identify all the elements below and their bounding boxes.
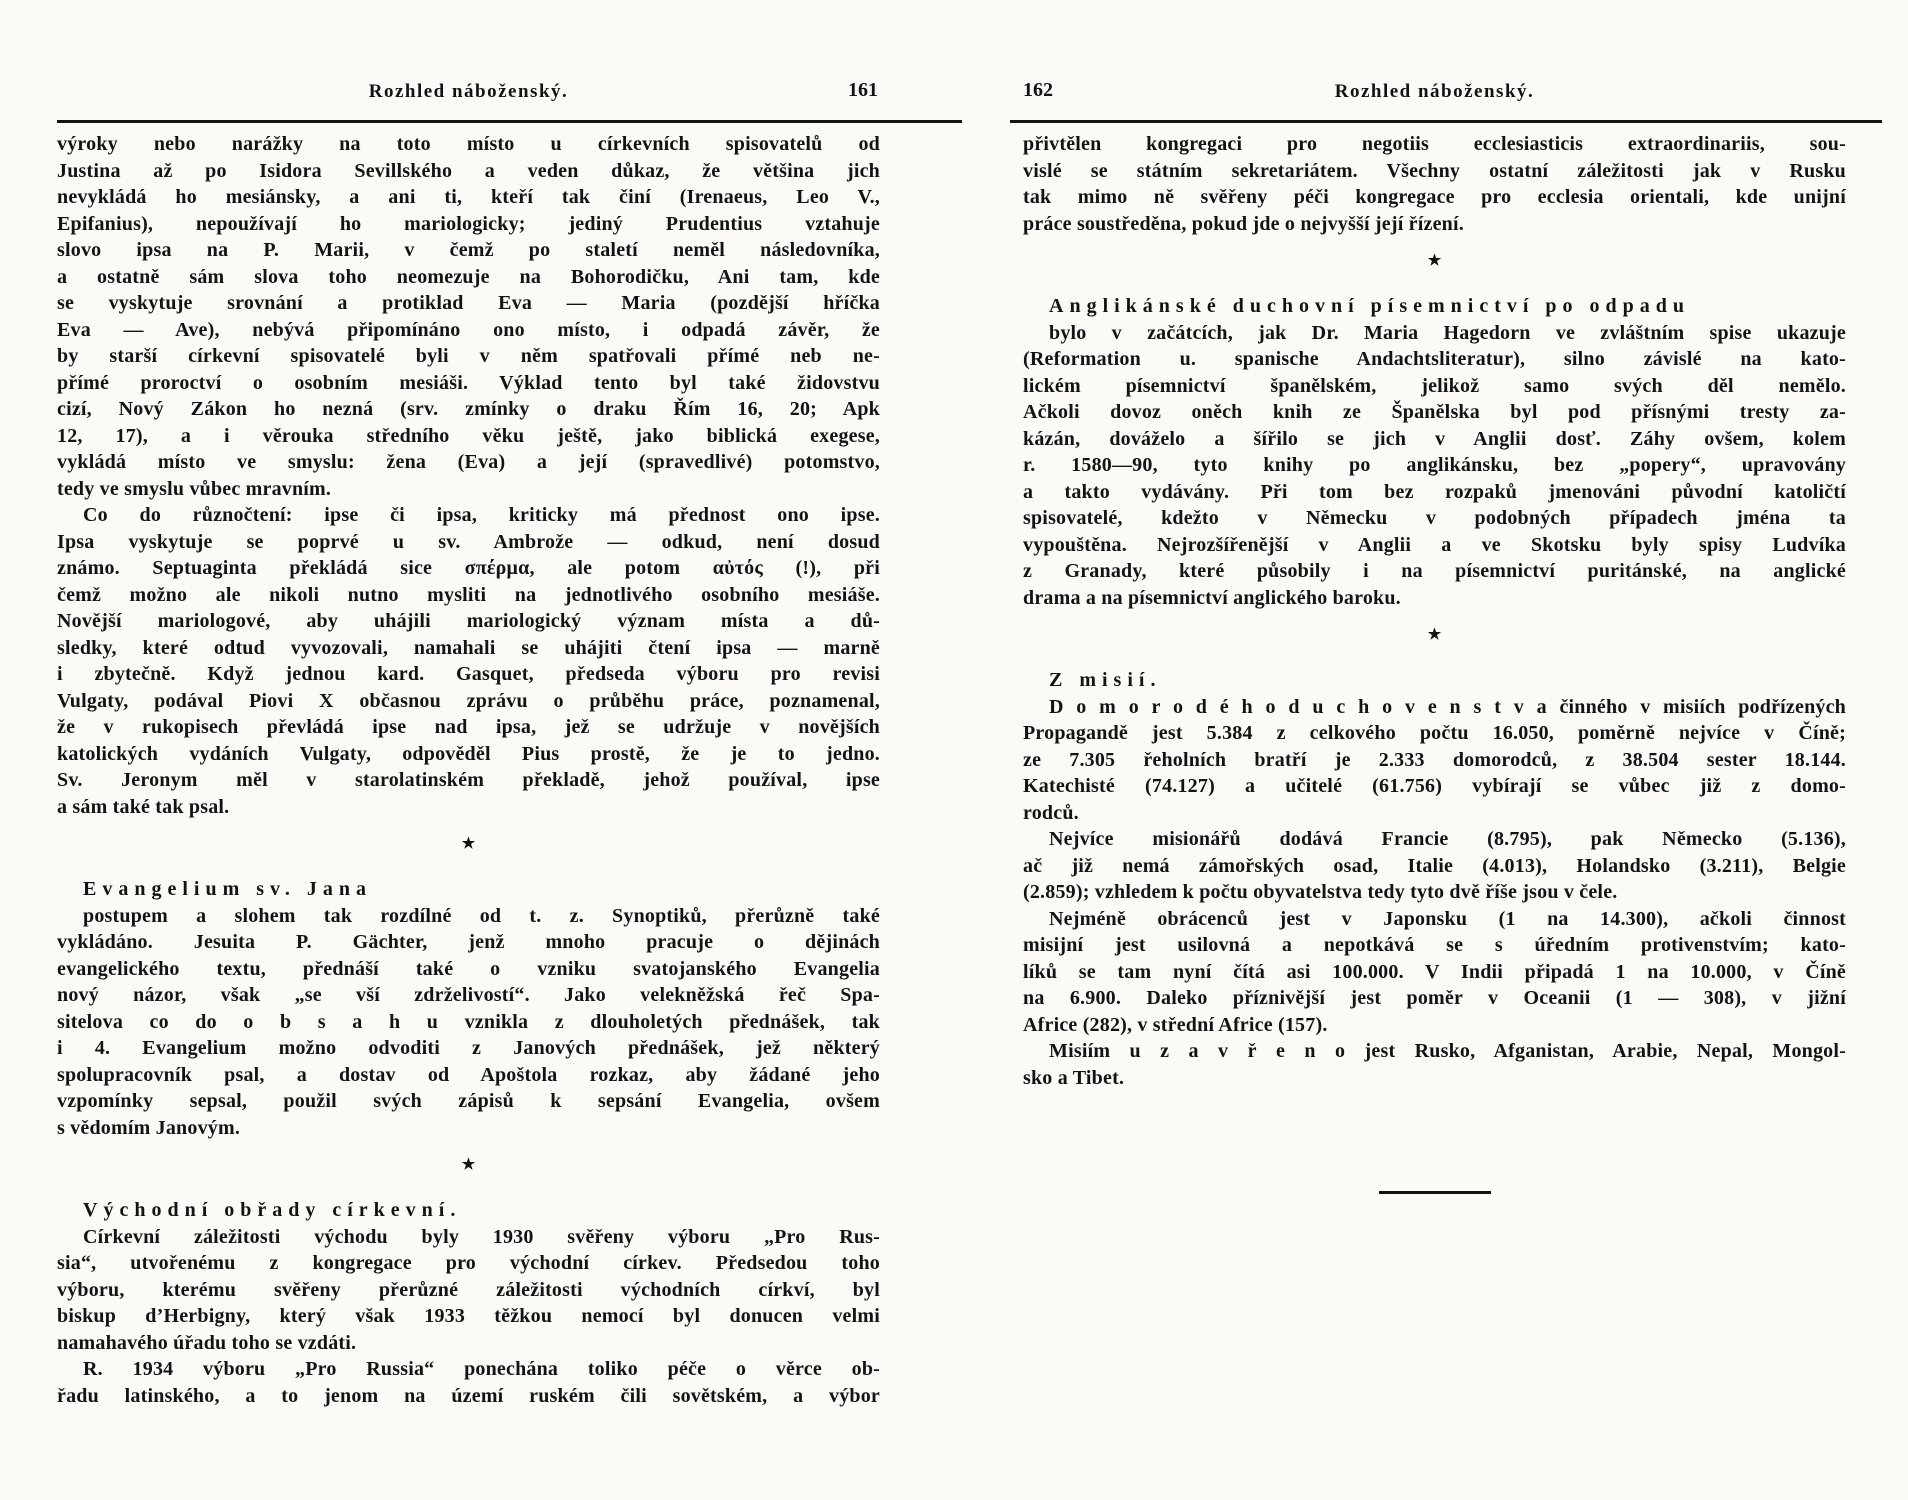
text-line: známo. Septuaginta překládá sice σπέρμα,… xyxy=(57,555,880,582)
text-line: by starší církevní spisovatelé byli v ně… xyxy=(57,343,880,370)
page-header: Rozhled náboženský. 162 xyxy=(1023,75,1846,131)
paragraph: postupem a slohem tak rozdílné od t. z. … xyxy=(57,903,880,1142)
text-line: Propagandě jest 5.384 z celkového počtu … xyxy=(1023,720,1846,747)
star-separator-icon: ★ xyxy=(1023,626,1846,644)
text-line: Justina až po Isidora Sevillského a vede… xyxy=(57,158,880,185)
text-line: Eva — Ave), nebývá připomínáno ono místo… xyxy=(57,317,880,344)
text-line: nevykládá ho mesiánsky, a ani ti, kteří … xyxy=(57,184,880,211)
text-line: a ostatně sám slova toho neomezuje na Bo… xyxy=(57,264,880,291)
text-line: tak mimo ně svěřeny péči kongregace pro … xyxy=(1023,184,1846,211)
text-line: i zbytečně. Když jednou kard. Gasquet, p… xyxy=(57,661,880,688)
star-separator-icon: ★ xyxy=(1023,252,1846,270)
text-line: rodců. xyxy=(1023,800,1846,827)
paragraph: Nejvíce misionářů dodává Francie (8.795)… xyxy=(1023,826,1846,906)
text-line: vykládáno. Jesuita P. Gächter, jenž mnoh… xyxy=(57,929,880,956)
text-line: Co do různočtení: ipse či ipsa, kriticky… xyxy=(57,502,880,529)
paragraph: Misiím u z a v ř e n o jest Rusko, Afgan… xyxy=(1023,1038,1846,1091)
paragraph: bylo v začátcích, jak Dr. Maria Hagedorn… xyxy=(1023,320,1846,612)
paragraph: Nejméně obrácenců jest v Japonsku (1 na … xyxy=(1023,906,1846,1039)
running-title: Rozhled náboženský. xyxy=(57,81,880,103)
text-line: sko a Tibet. xyxy=(1023,1065,1846,1092)
text-line: Katechisté (74.127) a učitelé (61.756) v… xyxy=(1023,773,1846,800)
text-line: a sám také tak psal. xyxy=(57,794,880,821)
text-line: Epifanius), nepoužívají ho mariologicky;… xyxy=(57,211,880,238)
page-161: Rozhled náboženský. 161 výroky nebo nará… xyxy=(57,75,880,1409)
text-line: cizí, Nový Zákon ho nezná (srv. zmínky o… xyxy=(57,396,880,423)
text-line: přivtělen kongregaci pro negotiis eccles… xyxy=(1023,131,1846,158)
text-line: Církevní záležitosti východu byly 1930 s… xyxy=(57,1224,880,1251)
text-line: na 6.900. Daleko příznivější jest poměr … xyxy=(1023,985,1846,1012)
text-line: vykládá místo ve smyslu: žena (Eva) a je… xyxy=(57,449,880,476)
text-line: biskup d’Herbigny, který však 1933 těžko… xyxy=(57,1303,880,1330)
text-line: s vědomím Janovým. xyxy=(57,1115,880,1142)
text-line: Africe (282), v střední Africe (157). xyxy=(1023,1012,1846,1039)
text-line: Misiím u z a v ř e n o jest Rusko, Afgan… xyxy=(1023,1038,1846,1065)
text-line: (Reformation u. spanische Andachtslitera… xyxy=(1023,346,1846,373)
text-line: (2.859); vzhledem k počtu obyvatelstva t… xyxy=(1023,879,1846,906)
section-heading: Evangelium sv. Jana xyxy=(57,876,880,903)
page-body: výroky nebo narážky na toto místo u círk… xyxy=(57,131,880,1409)
text-line: Nejvíce misionářů dodává Francie (8.795)… xyxy=(1023,826,1846,853)
text-line: spisovatelé, kdežto v Německu v podobnýc… xyxy=(1023,505,1846,532)
section-heading: Anglikánské duchovní písemnictví po odpa… xyxy=(1023,293,1846,320)
text-line: postupem a slohem tak rozdílné od t. z. … xyxy=(57,903,880,930)
paragraph: R. 1934 výboru „Pro Russia“ ponechána to… xyxy=(57,1356,880,1409)
text-line: i 4. Evangelium možno odvoditi z Janovýc… xyxy=(57,1035,880,1062)
text-line: že v rukopisech převládá ipse nad ipsa, … xyxy=(57,714,880,741)
text-line: se vyskytuje srovnání a protiklad Eva — … xyxy=(57,290,880,317)
scanned-book-spread: { "colors": { "paper": "#fbfaf6", "ink":… xyxy=(0,0,1908,1500)
text-line: vzpomínky sepsal, použil svých zápisů k … xyxy=(57,1088,880,1115)
star-separator-icon: ★ xyxy=(57,1156,880,1174)
paragraph: Co do různočtení: ipse či ipsa, kriticky… xyxy=(57,502,880,820)
text-line: výroky nebo narážky na toto místo u círk… xyxy=(57,131,880,158)
text-line: ze 7.305 řeholních bratří je 2.333 domor… xyxy=(1023,747,1846,774)
page-162: Rozhled náboženský. 162 přivtělen kongre… xyxy=(1023,75,1846,1194)
text-line: namahavého úřadu toho se vzdáti. xyxy=(57,1330,880,1357)
page-header: Rozhled náboženský. 161 xyxy=(57,75,880,131)
text-line: r. 1580—90, tyto knihy po anglikánsku, b… xyxy=(1023,452,1846,479)
text-line: Sv. Jeronym měl v starolatinském překlad… xyxy=(57,767,880,794)
text-line: spolupracovník psal, a dostav od Apoštol… xyxy=(57,1062,880,1089)
header-rule xyxy=(57,120,962,123)
running-title: Rozhled náboženský. xyxy=(1023,81,1846,103)
text-line: Ipsa vyskytuje se poprvé u sv. Ambrože —… xyxy=(57,529,880,556)
text-line: nový názor, však „se vší zdrželivostí“. … xyxy=(57,982,880,1009)
paragraph: přivtělen kongregaci pro negotiis eccles… xyxy=(1023,131,1846,237)
text-line: práce soustředěna, pokud jde o nejvyšší … xyxy=(1023,211,1846,238)
text-line: sitelova co do o b s a h u vznikla z dlo… xyxy=(57,1009,880,1036)
text-line: 12, 17), a i věrouka středního věku ješt… xyxy=(57,423,880,450)
text-line: drama a na písemnictví anglického baroku… xyxy=(1023,585,1846,612)
text-line: D o m o r o d é h o d u c h o v e n s t … xyxy=(1023,694,1846,721)
text-line: ač již nemá zámořských osad, Italie (4.0… xyxy=(1023,853,1846,880)
page-number: 161 xyxy=(848,79,878,102)
text-line: řadu latinského, a to jenom na území rus… xyxy=(57,1383,880,1410)
paragraph: výroky nebo narážky na toto místo u círk… xyxy=(57,131,880,502)
star-separator-icon: ★ xyxy=(57,835,880,853)
text-line: sledky, které odtud vyvozovali, namahali… xyxy=(57,635,880,662)
text-line: katolických vydáních Vulgaty, odpověděl … xyxy=(57,741,880,768)
text-line: bylo v začátcích, jak Dr. Maria Hagedorn… xyxy=(1023,320,1846,347)
text-line: vypouštěna. Nejrozšířenější v Anglii a v… xyxy=(1023,532,1846,559)
section-heading: Z misií. xyxy=(1023,667,1846,694)
text-line: z Granady, které působily i na písemnict… xyxy=(1023,558,1846,585)
page-body: přivtělen kongregaci pro negotiis eccles… xyxy=(1023,131,1846,1194)
text-line: kázán, dováželo a šířilo se jich v Angli… xyxy=(1023,426,1846,453)
text-line: Vulgaty, podával Piovi X občasnou zprávu… xyxy=(57,688,880,715)
text-line: lickém písemnictví španělském, jelikož s… xyxy=(1023,373,1846,400)
text-line: misijní jest usilovná a nepotkává se s ú… xyxy=(1023,932,1846,959)
text-line: Novější mariologové, aby uhájili mariolo… xyxy=(57,608,880,635)
paragraph: Církevní záležitosti východu byly 1930 s… xyxy=(57,1224,880,1357)
text-line: Nejméně obrácenců jest v Japonsku (1 na … xyxy=(1023,906,1846,933)
text-line: slovo ipsa na P. Marii, v čemž po stalet… xyxy=(57,237,880,264)
paragraph: D o m o r o d é h o d u c h o v e n s t … xyxy=(1023,694,1846,827)
text-line: vislé se státním sekretariátem. Všechny … xyxy=(1023,158,1846,185)
text-line: Ačkoli dovoz oněch knih ze Španělska byl… xyxy=(1023,399,1846,426)
page-number: 162 xyxy=(1023,79,1053,102)
text-line: líků se tam nyní čítá asi 100.000. V Ind… xyxy=(1023,959,1846,986)
text-line: přímé proroctví o osobním mesiáši. Výkla… xyxy=(57,370,880,397)
text-line: evangelického textu, přednáší také o vzn… xyxy=(57,956,880,983)
text-line: R. 1934 výboru „Pro Russia“ ponechána to… xyxy=(57,1356,880,1383)
section-heading: Východní obřady církevní. xyxy=(57,1197,880,1224)
text-line: čemž možno ale nikoli nutno mysliti na j… xyxy=(57,582,880,609)
header-rule xyxy=(1010,120,1882,123)
text-line: tedy ve smyslu vůbec mravním. xyxy=(57,476,880,503)
text-line: a takto vydávány. Při tom bez rozpaků jm… xyxy=(1023,479,1846,506)
text-line: sia“, utvořenému z kongregace pro východ… xyxy=(57,1250,880,1277)
text-line: výboru, kterému svěřeny přerůzné záležit… xyxy=(57,1277,880,1304)
section-end-rule xyxy=(1379,1191,1491,1194)
